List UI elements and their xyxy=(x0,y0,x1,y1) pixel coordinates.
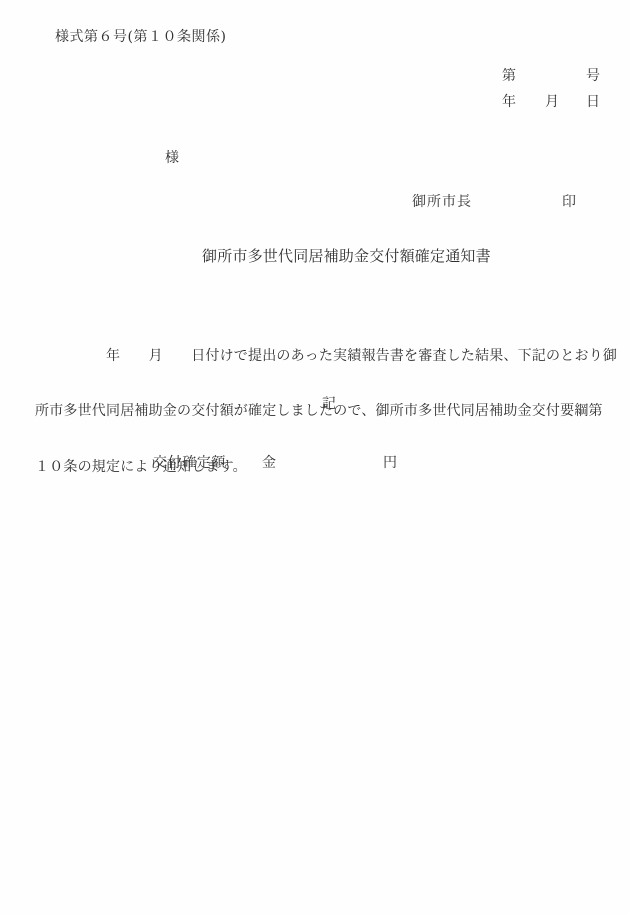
seal-placeholder: 印 xyxy=(562,194,576,211)
amount-currency-prefix: 金 xyxy=(262,455,276,472)
body-line: 年 月 日付けで提出のあった実績報告書を審査した結果、下記のとおり御 xyxy=(35,345,615,367)
date-month-label: 月 xyxy=(545,94,559,111)
reference-number-prefix: 第 xyxy=(502,68,516,85)
addressee-honorific: 様 xyxy=(165,150,179,167)
form-number-label: 様式第６号(第１０条関係) xyxy=(55,29,226,46)
record-marker: 記 xyxy=(322,396,336,413)
body-line: １０条の規定により通知します。 xyxy=(35,456,615,478)
date-day-label: 日 xyxy=(586,94,600,111)
sender-title: 御所市長 xyxy=(412,194,472,211)
amount-currency-suffix: 円 xyxy=(383,455,397,472)
amount-label: 交付確定額 xyxy=(153,455,226,472)
date-year-label: 年 xyxy=(502,94,516,111)
document-page: 様式第６号(第１０条関係) 第 号 年 月 日 様 御所市長 印 御所市多世代同… xyxy=(0,0,630,915)
reference-number-suffix: 号 xyxy=(586,68,600,85)
document-title: 御所市多世代同居補助金交付額確定通知書 xyxy=(202,247,491,265)
